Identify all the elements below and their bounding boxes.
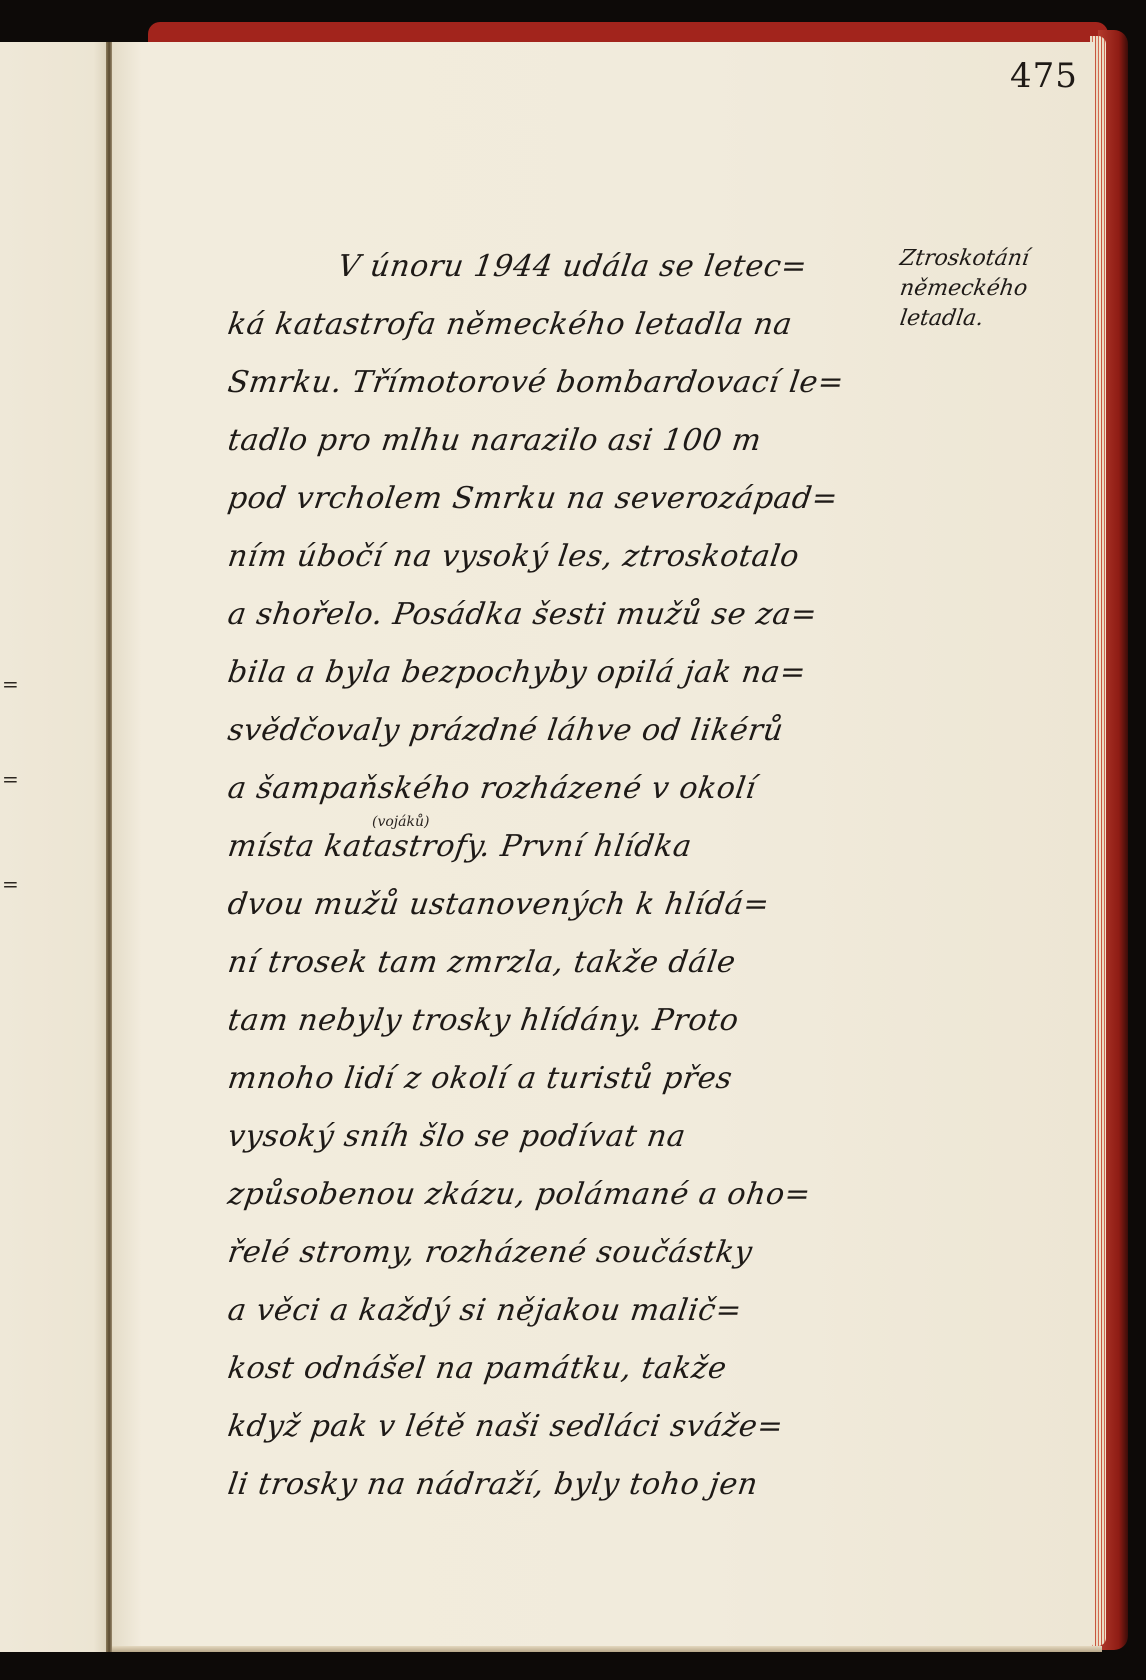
text-line: kost odnášel na památku, takže [224, 1340, 872, 1398]
margin-note-line: německého [898, 274, 1052, 304]
margin-note-line: letadla. [898, 304, 1052, 334]
text-line: bila a byla bezpochyby opilá jak na= [224, 644, 872, 702]
text-line: a šampaňského rozházené v okolí [224, 760, 872, 818]
text-line: V únoru 1944 udála se letec= [224, 238, 872, 296]
text-line: dvou mužů ustanovených k hlídá= [224, 876, 872, 934]
text-line: způsobenou zkázu, polámané a oho= [224, 1166, 872, 1224]
left-page-hyphen-mark: = [2, 767, 19, 791]
text-line: Smrku. Třímotorové bombardovací le= [224, 354, 872, 412]
text-line: místa katastrofy. První hlídka [224, 818, 872, 876]
text-line: vysoký sníh šlo se podívat na [224, 1108, 872, 1166]
text-line: mnoho lidí z okolí a turistů přes [224, 1050, 872, 1108]
text-line: řelé stromy, rozházené součástky [224, 1224, 872, 1282]
text-line: a shořelo. Posádka šesti mužů se za= [224, 586, 872, 644]
text-line: pod vrcholem Smrku na severozápad= [224, 470, 872, 528]
page-bottom-edge [112, 1646, 1102, 1652]
text-line: ní trosek tam zmrzla, takže dále [224, 934, 872, 992]
text-line: tam nebyly trosky hlídány. Proto [224, 992, 872, 1050]
text-line: a věci a každý si nějakou malič= [224, 1282, 872, 1340]
handwritten-body: V únoru 1944 udála se letec= ká katastro… [228, 238, 868, 1514]
left-page-hyphen-mark: = [2, 872, 19, 896]
left-page-hyphen-mark: = [2, 672, 19, 696]
text-line: ká katastrofa německého letadla na [224, 296, 872, 354]
text-line: svědčovaly prázdné láhve od likérů [224, 702, 872, 760]
text-line: ním úbočí na vysoký les, ztroskotalo [224, 528, 872, 586]
page-number: 475 [1010, 56, 1078, 96]
text-line: tadlo pro mlhu narazilo asi 100 m [224, 412, 872, 470]
left-page: = = = [0, 42, 110, 1652]
text-line: když pak v létě naši sedláci sváže= [224, 1398, 872, 1456]
text-line: li trosky na nádraží, byly toho jen [224, 1456, 872, 1514]
margin-note: Ztroskotání německého letadla. [900, 244, 1050, 334]
margin-note-line: Ztroskotání [898, 244, 1052, 274]
